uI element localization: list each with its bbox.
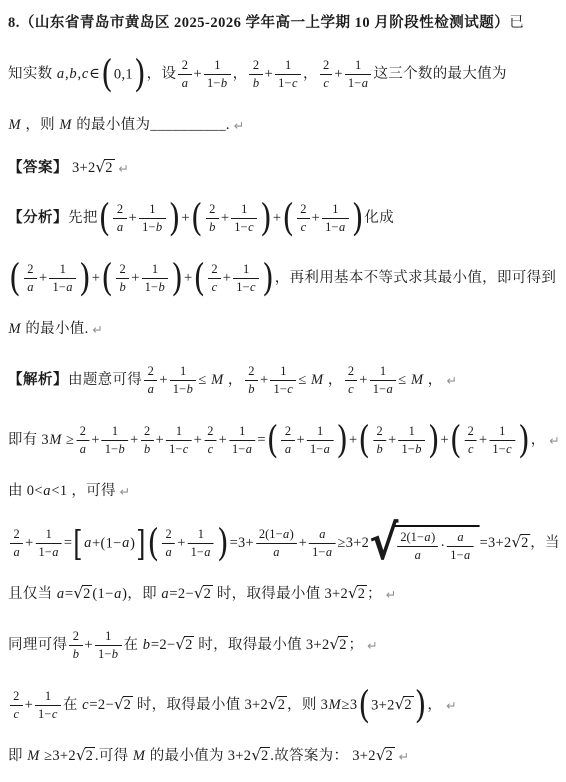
math-variable: c [250,280,257,294]
fraction-denominator: c [204,441,216,457]
fraction-denominator: 1−a [188,544,214,560]
math-variable: M [49,432,62,448]
math-variable: b [158,280,165,294]
math-variable: a [273,545,280,559]
math-variable: a [52,545,59,559]
math-variable: a [245,442,252,456]
text-run: + [221,210,229,226]
fraction-denominator: c [208,279,221,295]
open-bracket: ( [358,687,370,725]
fraction: 11−a [36,527,62,560]
fraction-denominator: 1−a [36,544,62,560]
math-variable: M [328,697,341,713]
math-variable: a [116,220,123,234]
text-run: ，则 3M≥3 [287,697,357,713]
text-run: = [257,432,265,448]
math-variable: M [211,372,224,388]
document-line: 【分析】先把(2a+11−b)+(2b+11−c)+(2c+11−a)化成 [8,188,560,248]
close-bracket: ) [415,687,427,725]
text-run: + [131,270,139,286]
math-variable: c [323,76,330,90]
fraction: 2a [281,424,294,457]
math-variable: c [248,220,255,234]
math-variable: a [414,548,421,562]
document-line: 即有 3M ≥2a+11−b+2b+11−c+2c+11−a=(2a+11−a)… [8,410,556,470]
fraction-numerator: 2 [345,364,358,381]
fraction-numerator: 1 [270,364,296,381]
fraction-numerator: 1 [275,58,301,75]
math-variable: c [82,697,90,713]
math-variable: a [282,527,289,541]
math-variable: b [248,382,255,396]
math-variable: b [415,442,422,456]
text-run: 0,1 [114,66,133,82]
text-run: M ，则 M 的最小值为__________. [8,117,230,133]
text-run: 已 [509,15,524,31]
math-variable: c [51,707,58,721]
fraction-denominator: 1−c [489,441,515,457]
math-variable: c [13,707,20,721]
text-run: + [265,66,273,82]
text-run: + [441,432,449,448]
document-line: M ，则 M 的最小值为__________.↵ [8,104,560,146]
text-run: + [273,210,281,226]
sqrt-radicand: 2 [403,696,413,713]
fraction-numerator: 1 [139,202,166,219]
fraction-denominator: b [116,279,129,295]
fraction-denominator: b [249,75,262,91]
fraction-denominator: 1−a [309,544,335,560]
open-bracket: ( [282,200,294,238]
paragraph-mark-icon: ↵ [234,118,244,133]
fraction: 11−c [231,202,257,235]
fraction: a1−a [447,530,473,563]
fraction-numerator: 1 [102,424,128,441]
sqrt-expression: √2 [395,697,414,713]
text-run: ≤ M ， [298,372,342,388]
fraction-denominator: a [162,544,175,560]
text-run: ； [348,637,363,653]
paragraph-mark-icon: ↵ [399,749,409,764]
fraction-numerator: 1 [370,364,397,381]
close-bracket: ) [169,200,181,238]
fraction: 2a [76,424,89,457]
sqrt-expression: √2 [511,535,530,551]
text-run: ≤ M ， [398,372,442,388]
text-run: (1−a)，即 a=2− [92,586,194,602]
text-run: + [260,372,268,388]
document-line: 知实数 a,b,c∈(0,1)，设2a+11−b，2b+11−c，2c+11−a… [8,44,560,104]
text-run: 3+2 [68,160,96,176]
sqrt-radicand: 2 [82,585,92,602]
sqrt-radicand: 2 [203,585,213,602]
text-run: + [219,432,227,448]
math-variable: c [291,76,298,90]
fraction-denominator: a [144,381,157,397]
fraction-numerator: 2(1−a) [397,530,438,547]
math-variable: a [114,586,123,602]
math-variable: c [182,442,189,456]
text-run: .可得 M 的最小值为 3+2 [95,748,251,764]
open-bracket: ( [101,260,113,298]
fraction-denominator: 1−b [399,441,425,457]
math-variable: b [144,442,151,456]
fraction: 2c [465,424,477,457]
fraction-numerator: 2 [297,202,310,219]
fraction: 2c [208,262,221,295]
fraction: 11−b [204,58,231,91]
radical-icon: √ [369,523,398,563]
math-variable: b [118,442,125,456]
fraction: 11−b [170,364,197,397]
text-run: 时，取得最小值 3+2 [213,586,348,602]
fraction: 2b [206,202,219,235]
math-variable: b [209,220,216,234]
math-variable: b [252,76,259,90]
sqrt-expression: √2 [251,748,270,764]
paragraph-mark-icon: ↵ [549,433,559,448]
text-run: ； [367,586,382,602]
text-run: + [359,372,367,388]
fraction: 2a [178,58,191,91]
paren-group: (2c+11−a) [281,202,364,235]
math-variable: M [410,372,423,388]
fraction: 11−a [307,424,333,457]
close-bracket: ] [136,526,145,561]
fraction-denominator: b [141,441,154,457]
fraction-denominator: b [245,381,258,397]
math-variable: M [132,748,145,764]
fraction-denominator: 1−c [275,75,301,91]
text-run: + [39,270,47,286]
sqrt-radicand: 2 [385,747,395,764]
fraction-denominator: 1−a [307,441,333,457]
math-variable: a [457,530,464,544]
open-bracket: ( [450,422,462,460]
fraction: 2b [373,424,386,457]
paren-group: (2a+11−a) [266,424,349,457]
fraction-numerator: 2 [113,202,126,219]
text-run: ≥3+2 [338,535,370,551]
fraction-numerator: 2 [24,262,37,279]
sqrt-expression: √2 [96,160,115,176]
close-bracket: ) [79,260,91,298]
close-bracket: ) [518,422,530,460]
fraction-denominator: 1−b [102,441,128,457]
bold-label: 【答案】 [8,160,68,176]
close-bracket: ) [428,422,440,460]
math-variable: M [8,117,21,133]
text-run: 3+2 [371,697,395,713]
fraction-numerator: 1 [489,424,515,441]
document-line: 2a+11−a=[a+(1−a)](2a+11−a)=3+2(1−a)a+a1−… [8,512,556,572]
fraction-denominator: c [345,381,358,397]
math-variable: c [81,66,89,82]
math-variable: a [84,535,93,551]
fraction-denominator: 1−a [370,381,397,397]
sqrt-expression: √2 [194,586,213,602]
math-variable: a [463,548,470,562]
document-content: 8.（山东省青岛市黄岛区 2025-2026 学年高一上学期 10 月阶段性检测… [0,0,566,776]
math-variable: c [300,220,307,234]
fraction-denominator: 1−a [49,279,76,295]
text-run: + [297,432,305,448]
math-variable: b [186,382,193,396]
paragraph-mark-icon: ↵ [386,587,396,602]
text-run: + [177,535,185,551]
sqrt-expression: √2 [268,697,287,713]
fraction-numerator: 2 [281,424,294,441]
text-run: + [312,210,320,226]
math-variable: M [59,117,72,133]
fraction-numerator: 1 [204,58,231,75]
close-bracket: ) [262,260,274,298]
fraction: 2(1−a)a [256,527,297,560]
paren-group: (2a+11−b) [98,202,182,235]
text-run: 且仅当 a= [8,586,73,602]
text-run: · [440,538,445,554]
fraction-numerator: 1 [166,424,192,441]
text-run: 由 0<a<1 ，可得 [8,483,116,499]
text-run: 先把 [68,210,98,226]
text-run: + [92,270,100,286]
sqrt-radicand: 2 [104,159,114,176]
text-run: + [388,432,396,448]
sqrt-radicand: 2 [338,636,348,653]
open-bracket: ( [193,260,205,298]
math-variable: a [147,382,154,396]
math-variable: c [207,442,214,456]
fraction-numerator: 1 [188,527,214,544]
fraction: 2c [10,689,23,722]
fraction-denominator: 1−a [322,219,349,235]
math-variable: a [165,545,172,559]
paren-group: (2b+11−b) [100,262,184,295]
fraction-denominator: b [69,646,82,662]
text-run: + [85,637,93,653]
math-variable: b [119,280,126,294]
fraction: 11−c [489,424,515,457]
paren-group: (2c+11−c) [192,262,274,295]
fraction-numerator: 2 [178,58,191,75]
math-variable: a [284,442,291,456]
fraction: 2c [204,424,216,457]
fraction-numerator: 2 [116,262,129,279]
open-bracket: ( [9,260,21,298]
fraction-numerator: 2 [208,262,221,279]
fraction-numerator: 2 [10,689,23,706]
fraction-denominator: 1−c [166,441,192,457]
fraction-denominator: c [297,219,310,235]
fraction-denominator: b [206,219,219,235]
fraction-numerator: 2 [141,424,154,441]
fraction-numerator: 1 [170,364,197,381]
text-run: =3+ [230,535,254,551]
math-variable: c [348,382,355,396]
math-variable: a [204,545,211,559]
sqrt-expression: √2 [73,586,92,602]
fraction: 2c [345,364,358,397]
fraction-numerator: 1 [233,262,259,279]
fraction-numerator: 1 [95,629,122,646]
document-line: 且仅当 a=√2(1−a)，即 a=2−√2 时，取得最小值 3+2√2；↵ [8,572,560,614]
math-variable: a [338,220,345,234]
close-bracket: ) [171,260,183,298]
fraction-numerator: 1 [307,424,333,441]
open-bracket: ( [358,422,370,460]
fraction-numerator: 2 [206,202,219,219]
fraction-numerator: a [309,527,335,544]
fraction-denominator: c [10,706,23,722]
fraction: 11−c [270,364,296,397]
text-run: 由题意可得 [68,372,142,388]
fraction: 2c [320,58,333,91]
paragraph-mark-icon: ↵ [119,161,129,176]
math-variable: a [13,545,20,559]
document-page: 8.（山东省青岛市黄岛区 2025-2026 学年高一上学期 10 月阶段性检测… [0,0,566,776]
fraction-numerator: 1 [231,202,257,219]
math-variable: a [56,586,65,602]
text-run: + [223,270,231,286]
fraction: 2a [10,527,23,560]
fraction-numerator: 1 [35,689,61,706]
document-line: 【答案】 3+2√2↵ [8,146,560,188]
fraction-numerator: 1 [36,527,62,544]
fraction: 11−a [370,364,397,397]
fraction-denominator: a [397,547,438,563]
text-run: + [25,535,33,551]
fraction-denominator: c [320,75,333,91]
math-variable: b [155,220,162,234]
text-run: + [159,372,167,388]
fraction: 11−a [322,202,349,235]
paren-group: (3+2√2) [357,691,427,721]
fraction-numerator: 2 [69,629,82,646]
sqrt-expression: √2 [76,748,95,764]
fraction-denominator: b [373,441,386,457]
fraction-denominator: a [10,544,23,560]
math-variable: a [161,586,170,602]
bold-label: 【解析】 [8,372,68,388]
fraction-numerator: 2 [320,58,333,75]
text-run: 时，取得最小值 3+2 [133,697,268,713]
fraction-numerator: 1 [399,424,425,441]
open-bracket: ( [147,525,159,563]
document-line: M 的最小值.↵ [8,308,560,350]
close-bracket: ) [134,56,146,94]
fraction: 11−c [233,262,259,295]
math-variable: c [211,280,218,294]
text-run: ， [233,66,248,82]
fraction: 2b [69,629,82,662]
fraction: a1−a [309,527,335,560]
sqrt-expression: √2 [376,748,395,764]
text-run: ， [531,432,546,448]
paren-group: (2a+11−a) [146,527,229,560]
fraction: 11−c [166,424,192,457]
fraction-numerator: 2 [162,527,175,544]
fraction: 11−a [345,58,372,91]
fraction-denominator: c [465,441,477,457]
paragraph-mark-icon: ↵ [446,698,456,713]
fraction-denominator: a [24,279,37,295]
open-bracket: ( [99,200,111,238]
math-variable: b [376,442,383,456]
math-variable: a [66,280,73,294]
sqrt-expression: √2 [175,637,194,653]
text-run: 在 c=2− [63,697,114,713]
fraction-denominator: 1−a [229,441,255,457]
math-variable: a [56,66,65,82]
fraction-denominator: 1−c [231,219,257,235]
close-bracket: ) [352,200,364,238]
text-run: =3+2 [480,535,512,551]
text-run: 化成 [364,210,394,226]
fraction: 11−a [49,262,76,295]
sqrt-radicand: 2 [123,696,133,713]
open-bracket: ( [101,56,113,94]
fraction-denominator: 1−b [95,646,122,662]
text-run: + [194,432,202,448]
fraction: 2a [162,527,175,560]
text-run: = [64,535,72,551]
fraction: 11−b [102,424,128,457]
open-bracket: ( [191,200,203,238]
fraction-denominator: 1−c [35,706,61,722]
sqrt-radicand: 2 [184,636,194,653]
fraction-numerator: 1 [142,262,169,279]
math-variable: a [325,545,332,559]
open-bracket: [ [73,526,82,561]
text-run: M 的最小值. [8,321,89,337]
math-variable: b [220,76,227,90]
text-run: 即有 3M ≥ [8,432,74,448]
math-variable: a [424,530,431,544]
open-bracket: ( [267,422,279,460]
text-run: 在 b=2− [124,637,176,653]
text-run: + [129,210,137,226]
document-line: 2c+11−c在 c=2−√2 时，取得最小值 3+2√2，则 3M≥3(3+2… [8,674,560,734]
fraction: 2b [141,424,154,457]
math-variable: a [122,535,131,551]
text-run: + [349,432,357,448]
paren-group: (0,1) [100,60,147,90]
text-run: 这三个数的最大值为 [373,66,506,82]
math-variable: c [506,442,513,456]
fraction: 2b [249,58,262,91]
document-line: 【解析】由题意可得2a+11−b≤ M ，2b+11−c≤ M ，2c+11−a… [8,350,560,410]
text-run: .故答案为： 3+2 [270,748,376,764]
text-run: ，当 [530,535,559,551]
text-run: + [479,432,487,448]
close-bracket: ) [260,200,272,238]
fraction-denominator: 1−b [170,381,197,397]
fraction-numerator: 2 [465,424,477,441]
math-variable: c [287,382,294,396]
fraction-denominator: a [178,75,191,91]
paren-group: (2b+11−c) [190,202,273,235]
text-run: 知实数 a,b,c∈ [8,66,100,82]
paragraph-mark-icon: ↵ [447,373,457,388]
fraction-numerator: 2 [373,424,386,441]
text-run: + [181,210,189,226]
text-run: + [334,66,342,82]
fraction-denominator: 1−c [270,381,296,397]
fraction-denominator: 1−c [233,279,259,295]
close-bracket: ) [217,525,229,563]
fraction: 11−b [142,262,169,295]
fraction: 11−b [399,424,425,457]
